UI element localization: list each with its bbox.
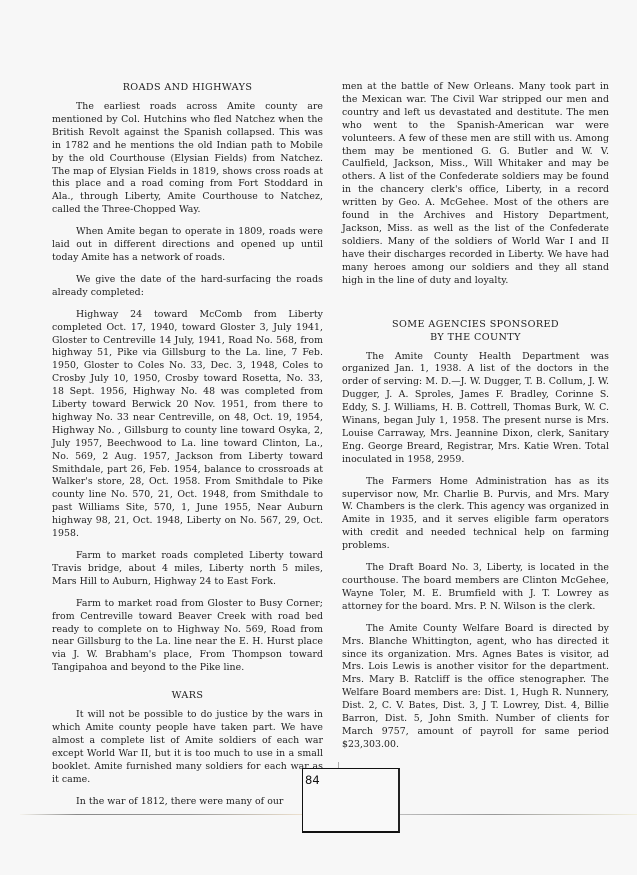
wars-paragraph: In the war of 1812, there were many of o… [52, 796, 323, 809]
agencies-paragraph: The Amite County Welfare Board is direct… [342, 623, 609, 752]
roads-paragraph: Highway 24 toward McComb from Liberty co… [52, 309, 323, 541]
roads-paragraph: Farm to market roads completed Liberty t… [52, 550, 323, 589]
agencies-paragraph: The Farmers Home Administration has as i… [342, 476, 609, 553]
left-column: ROADS AND HIGHWAYS The earliest roads ac… [52, 81, 323, 818]
wars-heading: WARS [52, 689, 323, 702]
page-number-box: 84 [302, 768, 400, 833]
scan-artifact-line [400, 814, 637, 815]
wars-continued-paragraph: men at the battle of New Orleans. Many t… [342, 81, 609, 288]
scan-artifact-line [20, 814, 302, 815]
right-column: men at the battle of New Orleans. Many t… [342, 81, 609, 761]
roads-paragraph: The earliest roads across Amite county a… [52, 101, 323, 217]
roads-paragraph: We give the date of the hard-surfacing t… [52, 274, 323, 300]
roads-paragraph: Farm to market road from Gloster to Busy… [52, 598, 323, 675]
agencies-paragraph: The Draft Board No. 3, Liberty, is locat… [342, 562, 609, 614]
page-number: 84 [305, 773, 320, 787]
agencies-paragraph: The Amite County Health Department was o… [342, 351, 609, 467]
agencies-heading-line2: BY THE COUNTY [342, 331, 609, 344]
roads-paragraph: When Amite began to operate in 1809, roa… [52, 226, 323, 265]
agencies-heading-line1: SOME AGENCIES SPONSORED [342, 318, 609, 331]
roads-heading: ROADS AND HIGHWAYS [52, 81, 323, 94]
wars-paragraph: It will not be possible to do justice by… [52, 709, 323, 786]
